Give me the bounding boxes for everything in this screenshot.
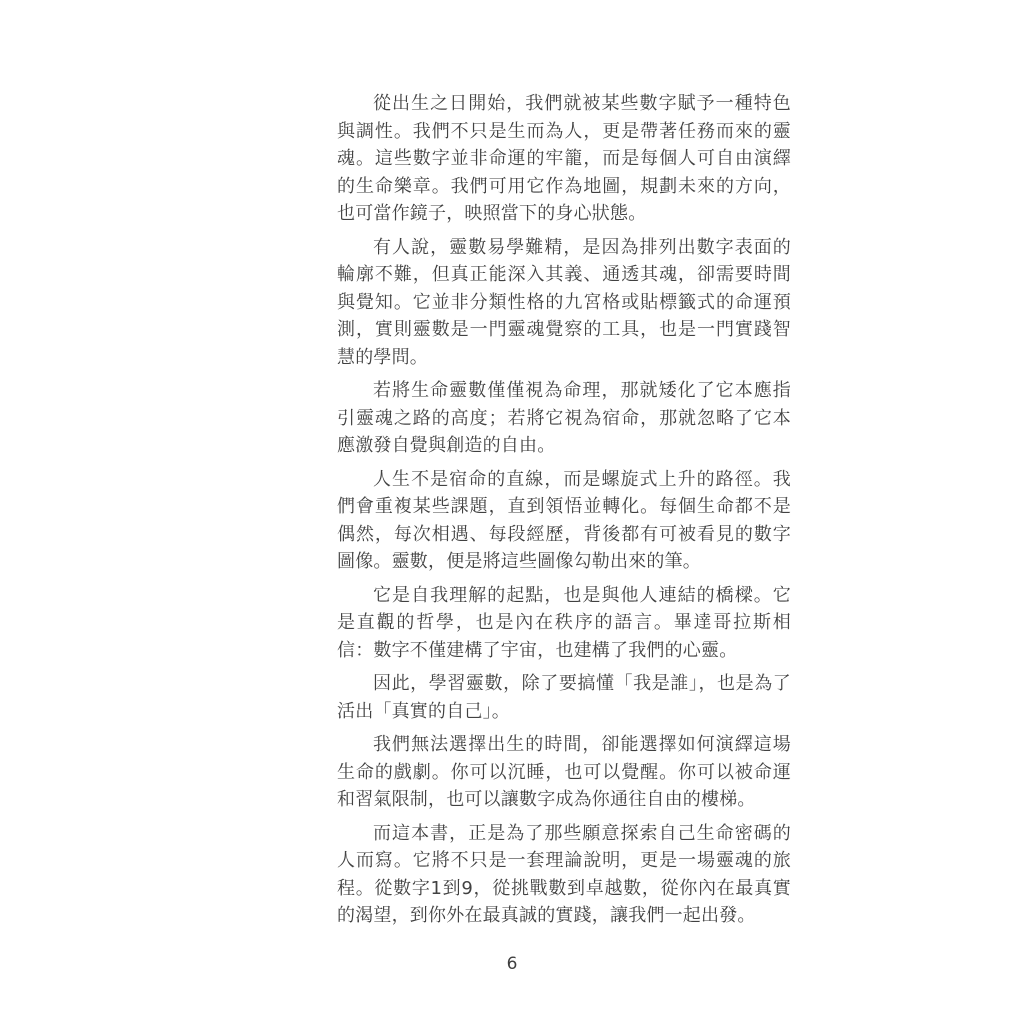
paragraph: 因此，學習靈數，除了要搞懂「我是誰」，也是為了活出「真實的自己」。 (337, 670, 791, 725)
body-text: 從出生之日開始，我們就被某些數字賦予一種特色與調性。我們不只是生而為人，更是帶著… (337, 90, 791, 936)
paragraph: 而這本書，正是為了那些願意探索自己生命密碼的人而寫。它將不只是一套理論說明，更是… (337, 820, 791, 930)
paragraph: 它是自我理解的起點，也是與他人連結的橋樑。它是直觀的哲學，也是內在秩序的語言。畢… (337, 582, 791, 665)
paragraph: 若將生命靈數僅僅視為命理，那就矮化了它本應指引靈魂之路的高度；若將它視為宿命，那… (337, 377, 791, 460)
paragraph: 有人說，靈數易學難精，是因為排列出數字表面的輪廓不難，但真正能深入其義、通透其魂… (337, 234, 791, 372)
book-page: 從出生之日開始，我們就被某些數字賦予一種特色與調性。我們不只是生而為人，更是帶著… (0, 0, 1024, 1024)
paragraph: 從出生之日開始，我們就被某些數字賦予一種特色與調性。我們不只是生而為人，更是帶著… (337, 90, 791, 228)
paragraph: 我們無法選擇出生的時間，卻能選擇如何演繹這場生命的戲劇。你可以沉睡，也可以覺醒。… (337, 731, 791, 814)
page-number: 6 (507, 953, 518, 975)
paragraph: 人生不是宿命的直線，而是螺旋式上升的路徑。我們會重複某些課題，直到領悟並轉化。每… (337, 466, 791, 576)
page-footer: 6 (0, 953, 1024, 975)
